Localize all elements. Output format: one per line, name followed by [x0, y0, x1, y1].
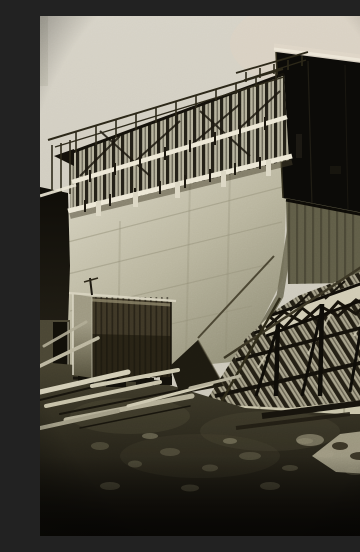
- historic-photo: Monochrome sepia photograph of an indust…: [40, 16, 360, 536]
- film-grain: [40, 16, 360, 536]
- photo-canvas: [40, 16, 360, 536]
